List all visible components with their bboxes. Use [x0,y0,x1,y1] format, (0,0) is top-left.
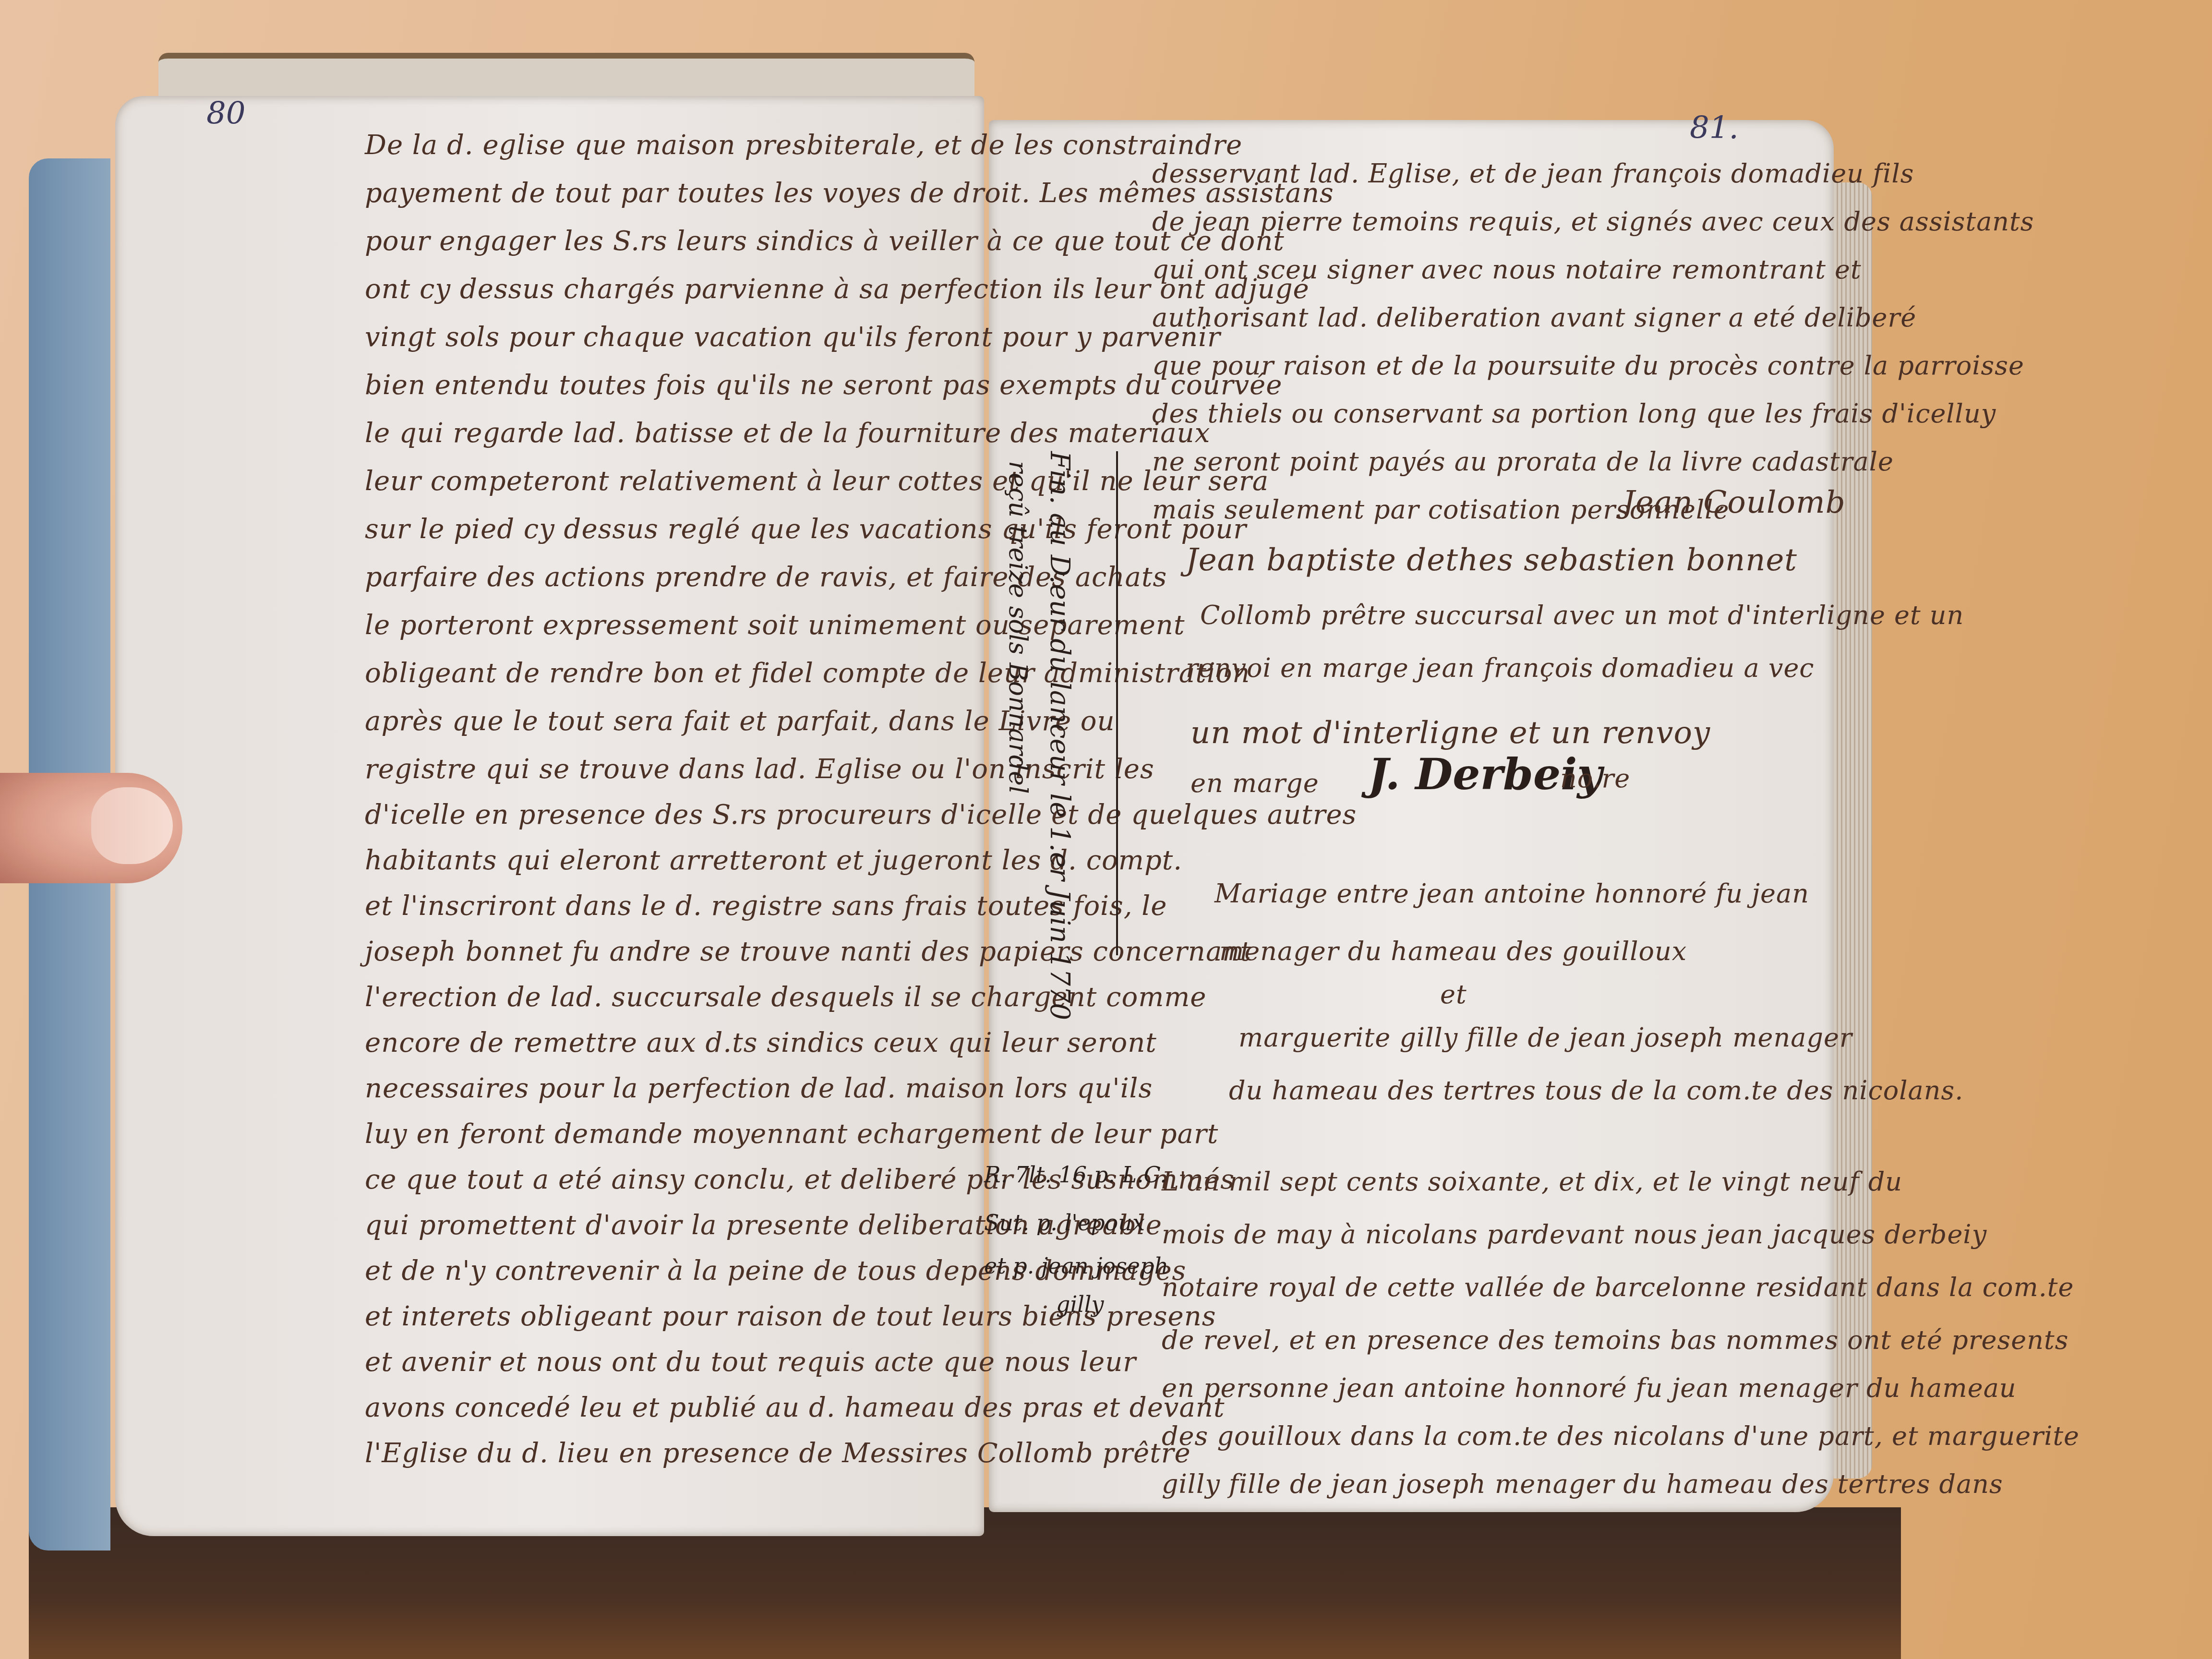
text-line: avons concedé leu et publié au d. hameau… [365,1392,1225,1423]
text-line: après que le tout sera fait et parfait, … [365,706,1115,737]
text-line: De la d. eglise que maison presbiterale,… [365,130,1242,161]
entry-body-line: des gouilloux dans la com.te des nicolan… [1162,1421,2080,1451]
text-line: et avenir et nous ont du tout requis act… [365,1346,1136,1378]
signature: en marge [1190,768,1319,798]
entry-body-line: L'an mil sept cents soixante, et dix, et… [1162,1166,1902,1197]
control-note: R. 7lt. 16 p. L.C. [984,1162,1167,1188]
text-line: de jean pierre temoins requis, et signés… [1152,206,2034,237]
text-line: le qui regarde lad. batisse et de la fou… [365,418,1210,449]
page-number-left: 80 [206,96,245,132]
entry-body-line: mois de may à nicolans pardevant nous je… [1162,1219,1987,1250]
text-line: ne seront point payés au prorata de la l… [1152,446,1894,477]
text-line: bien entendu toutes fois qu'ils ne seron… [365,370,1282,401]
vertical-margin-note: Fin. au D.eur du lanceur le 1.er Juin 17… [1044,451,1075,1020]
signature: renvoi en marge jean françois domadieu a… [1186,653,1815,683]
text-line: necessaires pour la perfection de lad. m… [365,1073,1153,1104]
entry-title-line: du hameau des tertres tous de la com.te … [1229,1075,1963,1106]
text-line: des thiels ou conservant sa portion long… [1152,398,1996,429]
entry-body-line: gilly fille de jean joseph menager du ha… [1162,1469,2003,1499]
entry-title-line: menager du hameau des gouilloux [1219,936,1687,966]
vertical-margin-note-2: reçû treize sols Bonnardel [1003,461,1032,794]
text-line: authorisant lad. deliberation avant sign… [1152,302,1916,333]
text-line: que pour raison et de la poursuite du pr… [1152,350,2024,381]
signature: Jean baptiste dethes sebastien bonnet [1186,542,1797,578]
text-line: joseph bonnet fu andre se trouve nanti d… [365,936,1251,967]
text-line: l'Eglise du d. lieu en presence de Messi… [365,1438,1191,1469]
text-line: registre qui se trouve dans lad. Eglise … [365,754,1154,785]
signature-note: et p. jean joseph [984,1253,1168,1279]
text-line: luy en feront demande moyennant echargem… [365,1118,1218,1150]
entry-title-line: Mariage entre jean antoine honnoré fu je… [1214,878,1809,909]
text-line: d'icelle en presence des S.rs procureurs… [365,799,1357,830]
entry-title-line: et [1440,979,1467,1010]
text-line: desservant lad. Eglise, et de jean franç… [1152,158,1914,189]
signature-note: gilly [1056,1291,1104,1317]
text-line: l'erection de lad. succursale desquels i… [365,982,1207,1013]
text-line: sur le pied cy dessus reglé que les vaca… [365,514,1247,545]
text-line: vingt sols pour chaque vacation qu'ils f… [365,322,1221,353]
notary-suffix: no.re [1560,763,1630,793]
entry-body-line: notaire royal de cette vallée de barcelo… [1162,1272,2074,1302]
text-line: leur competeront relativement à leur cot… [365,466,1269,497]
signature: un mot d'interligne et un renvoy [1190,715,1710,751]
signature: Jean Coulomb [1623,485,1846,520]
text-line: encore de remettre aux d.ts sindics ceux… [365,1027,1157,1058]
signature-note: Sut. p. l'epoux [984,1210,1145,1236]
thumb-nail [91,787,173,864]
entry-body-line: de revel, et en presence des temoins bas… [1162,1325,2068,1355]
signature: Collomb prêtre succursal avec un mot d'i… [1200,600,1964,630]
text-line: qui ont sceu signer avec nous notaire re… [1152,254,1862,285]
entry-title-line: marguerite gilly fille de jean joseph me… [1238,1022,1852,1053]
margin-rule [1116,451,1118,955]
page-number-right: 81. [1690,110,1739,146]
entry-body-line: en personne jean antoine honnoré fu jean… [1162,1373,2017,1403]
text-line: pour engager les S.rs leurs sindics à ve… [365,226,1285,257]
